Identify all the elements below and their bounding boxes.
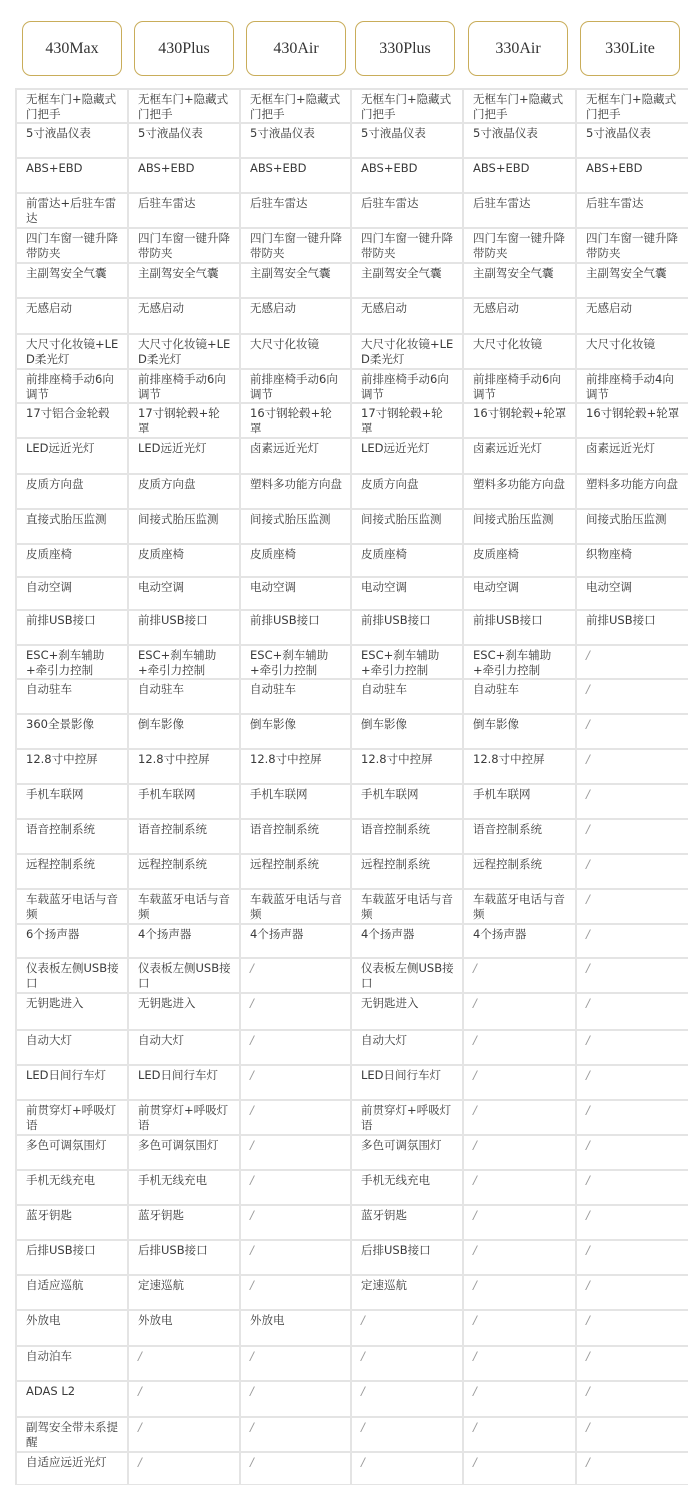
- spec-cell-430max: 自动驻车: [16, 679, 128, 714]
- table-row: 无钥匙进入无钥匙进入/无钥匙进入//: [16, 993, 688, 1030]
- spec-cell-430max: 前排座椅手动6向调节: [16, 369, 128, 403]
- spec-cell-430air: 皮质座椅: [240, 544, 351, 577]
- spec-cell-330air: 5寸液晶仪表: [463, 123, 576, 158]
- spec-cell-430max: 远程控制系统: [16, 854, 128, 889]
- table-row: 360全景影像倒车影像倒车影像倒车影像倒车影像/: [16, 714, 688, 749]
- spec-cell-430max: LED远近光灯: [16, 438, 128, 474]
- spec-cell-330air: 语音控制系统: [463, 819, 576, 854]
- table-row: 外放电外放电外放电///: [16, 1310, 688, 1346]
- spec-cell-330lite: /: [576, 1205, 688, 1240]
- spec-cell-330plus: 4个扬声器: [351, 924, 463, 958]
- spec-cell-430max: 自动泊车: [16, 1346, 128, 1381]
- spec-cell-430plus: 自动驻车: [128, 679, 240, 714]
- table-row: 大尺寸化妆镜+LED柔光灯大尺寸化妆镜+LED柔光灯大尺寸化妆镜大尺寸化妆镜+L…: [16, 334, 688, 369]
- spec-cell-430max: LED日间行车灯: [16, 1065, 128, 1100]
- spec-cell-330lite: 5寸液晶仪表: [576, 123, 688, 158]
- spec-cell-430max: 17寸铝合金轮毂: [16, 403, 128, 438]
- spec-cell-430air: /: [240, 958, 351, 993]
- spec-cell-430plus: ABS+EBD: [128, 158, 240, 193]
- spec-cell-330plus: 语音控制系统: [351, 819, 463, 854]
- spec-cell-430air: /: [240, 1170, 351, 1205]
- spec-cell-330lite: /: [576, 1170, 688, 1205]
- table-row: 皮质座椅皮质座椅皮质座椅皮质座椅皮质座椅织物座椅: [16, 544, 688, 577]
- spec-cell-430plus: 17寸钢轮毂+轮罩: [128, 403, 240, 438]
- spec-cell-430air: 前排座椅手动6向调节: [240, 369, 351, 403]
- spec-cell-330lite: /: [576, 1100, 688, 1135]
- spec-cell-330lite: /: [576, 679, 688, 714]
- table-row: 17寸铝合金轮毂17寸钢轮毂+轮罩16寸钢轮毂+轮罩17寸钢轮毂+轮罩16寸钢轮…: [16, 403, 688, 438]
- table-row: 前贯穿灯+呼吸灯语前贯穿灯+呼吸灯语/前贯穿灯+呼吸灯语//: [16, 1100, 688, 1135]
- spec-cell-430air: 卤素远近光灯: [240, 438, 351, 474]
- spec-cell-430max: 皮质座椅: [16, 544, 128, 577]
- spec-cell-330air: 塑料多功能方向盘: [463, 474, 576, 509]
- spec-cell-330air: /: [463, 1381, 576, 1417]
- spec-cell-330lite: 织物座椅: [576, 544, 688, 577]
- table-row: ADAS L2/////: [16, 1381, 688, 1417]
- spec-cell-330air: /: [463, 1205, 576, 1240]
- spec-cell-430plus: 后排USB接口: [128, 1240, 240, 1275]
- spec-cell-330air: /: [463, 993, 576, 1030]
- spec-cell-330lite: 前排座椅手动4向调节: [576, 369, 688, 403]
- spec-cell-330lite: /: [576, 749, 688, 784]
- spec-cell-330lite: /: [576, 1030, 688, 1065]
- spec-table-body: 无框车门+隐藏式门把手无框车门+隐藏式门把手无框车门+隐藏式门把手无框车门+隐藏…: [16, 89, 688, 1485]
- spec-cell-430max: 后排USB接口: [16, 1240, 128, 1275]
- spec-cell-430air: /: [240, 1417, 351, 1452]
- spec-cell-430air: /: [240, 1381, 351, 1417]
- spec-cell-330air: 无框车门+隐藏式门把手: [463, 89, 576, 123]
- spec-cell-330plus: 四门车窗一键升降带防夹: [351, 228, 463, 263]
- spec-cell-330plus: /: [351, 1452, 463, 1485]
- spec-cell-430max: 6个扬声器: [16, 924, 128, 958]
- model-button-430plus[interactable]: 430Plus: [134, 21, 234, 76]
- spec-cell-330air: /: [463, 1135, 576, 1170]
- spec-cell-430air: /: [240, 1346, 351, 1381]
- spec-cell-330plus: 前排USB接口: [351, 610, 463, 645]
- table-row: 自动驻车自动驻车自动驻车自动驻车自动驻车/: [16, 679, 688, 714]
- spec-cell-430air: ABS+EBD: [240, 158, 351, 193]
- spec-cell-430plus: 定速巡航: [128, 1275, 240, 1310]
- spec-cell-430plus: ESC+刹车辅助+牵引力控制: [128, 645, 240, 679]
- spec-cell-330air: 前排USB接口: [463, 610, 576, 645]
- spec-cell-330plus: 大尺寸化妆镜+LED柔光灯: [351, 334, 463, 369]
- spec-cell-330plus: /: [351, 1310, 463, 1346]
- spec-cell-430plus: 多色可调氛围灯: [128, 1135, 240, 1170]
- table-row: 副驾安全带未系提醒/////: [16, 1417, 688, 1452]
- spec-cell-330lite: 无感启动: [576, 298, 688, 334]
- spec-cell-330air: /: [463, 1417, 576, 1452]
- spec-cell-330plus: 倒车影像: [351, 714, 463, 749]
- table-row: 手机车联网手机车联网手机车联网手机车联网手机车联网/: [16, 784, 688, 819]
- table-row: 皮质方向盘皮质方向盘塑料多功能方向盘皮质方向盘塑料多功能方向盘塑料多功能方向盘: [16, 474, 688, 509]
- spec-cell-430air: 无框车门+隐藏式门把手: [240, 89, 351, 123]
- spec-cell-430air: /: [240, 1065, 351, 1100]
- spec-cell-430max: ESC+刹车辅助+牵引力控制: [16, 645, 128, 679]
- spec-cell-330air: /: [463, 1065, 576, 1100]
- spec-cell-330air: 间接式胎压监测: [463, 509, 576, 544]
- spec-cell-330air: /: [463, 1310, 576, 1346]
- table-row: 前雷达+后驻车雷达后驻车雷达后驻车雷达后驻车雷达后驻车雷达后驻车雷达: [16, 193, 688, 228]
- spec-cell-330lite: /: [576, 1452, 688, 1485]
- spec-cell-430air: 16寸钢轮毂+轮罩: [240, 403, 351, 438]
- spec-cell-330plus: 多色可调氛围灯: [351, 1135, 463, 1170]
- spec-cell-430air: ESC+刹车辅助+牵引力控制: [240, 645, 351, 679]
- spec-cell-330lite: /: [576, 784, 688, 819]
- spec-cell-430max: 前贯穿灯+呼吸灯语: [16, 1100, 128, 1135]
- spec-cell-430air: /: [240, 1240, 351, 1275]
- spec-cell-430plus: 手机无线充电: [128, 1170, 240, 1205]
- spec-cell-330lite: /: [576, 1065, 688, 1100]
- spec-cell-430max: 直接式胎压监测: [16, 509, 128, 544]
- spec-cell-330plus: 远程控制系统: [351, 854, 463, 889]
- spec-cell-430max: 无感启动: [16, 298, 128, 334]
- spec-cell-430plus: 自动大灯: [128, 1030, 240, 1065]
- spec-cell-330plus: /: [351, 1381, 463, 1417]
- spec-cell-330plus: 12.8寸中控屏: [351, 749, 463, 784]
- table-row: 自适应巡航定速巡航/定速巡航//: [16, 1275, 688, 1310]
- table-row: 自动大灯自动大灯/自动大灯//: [16, 1030, 688, 1065]
- spec-comparison-table: 无框车门+隐藏式门把手无框车门+隐藏式门把手无框车门+隐藏式门把手无框车门+隐藏…: [15, 88, 688, 1485]
- table-row: 前排USB接口前排USB接口前排USB接口前排USB接口前排USB接口前排USB…: [16, 610, 688, 645]
- spec-cell-430max: 自适应巡航: [16, 1275, 128, 1310]
- spec-cell-330lite: 电动空调: [576, 577, 688, 610]
- table-row: ABS+EBDABS+EBDABS+EBDABS+EBDABS+EBDABS+E…: [16, 158, 688, 193]
- spec-cell-430air: 外放电: [240, 1310, 351, 1346]
- spec-cell-430max: 自动大灯: [16, 1030, 128, 1065]
- spec-cell-330lite: /: [576, 1417, 688, 1452]
- spec-cell-330plus: 前排座椅手动6向调节: [351, 369, 463, 403]
- spec-cell-430air: 远程控制系统: [240, 854, 351, 889]
- table-row: 多色可调氛围灯多色可调氛围灯/多色可调氛围灯//: [16, 1135, 688, 1170]
- spec-cell-330air: 12.8寸中控屏: [463, 749, 576, 784]
- spec-cell-330plus: 自动大灯: [351, 1030, 463, 1065]
- spec-cell-430plus: 四门车窗一键升降带防夹: [128, 228, 240, 263]
- spec-cell-430max: 手机无线充电: [16, 1170, 128, 1205]
- spec-cell-330plus: LED日间行车灯: [351, 1065, 463, 1100]
- spec-cell-430plus: 主副驾安全气囊: [128, 263, 240, 298]
- spec-cell-330plus: 定速巡航: [351, 1275, 463, 1310]
- table-row: 蓝牙钥匙蓝牙钥匙/蓝牙钥匙//: [16, 1205, 688, 1240]
- spec-cell-430max: 主副驾安全气囊: [16, 263, 128, 298]
- spec-cell-330plus: 手机无线充电: [351, 1170, 463, 1205]
- spec-cell-430plus: /: [128, 1381, 240, 1417]
- model-button-430max[interactable]: 430Max: [22, 21, 122, 76]
- spec-cell-330air: 电动空调: [463, 577, 576, 610]
- spec-cell-430plus: /: [128, 1346, 240, 1381]
- spec-cell-330lite: /: [576, 993, 688, 1030]
- spec-cell-330plus: 无钥匙进入: [351, 993, 463, 1030]
- spec-cell-430plus: 语音控制系统: [128, 819, 240, 854]
- spec-cell-330plus: 手机车联网: [351, 784, 463, 819]
- spec-cell-430air: 4个扬声器: [240, 924, 351, 958]
- spec-cell-430plus: 外放电: [128, 1310, 240, 1346]
- spec-cell-330air: 四门车窗一键升降带防夹: [463, 228, 576, 263]
- spec-cell-330plus: ESC+刹车辅助+牵引力控制: [351, 645, 463, 679]
- spec-cell-330plus: 5寸液晶仪表: [351, 123, 463, 158]
- spec-cell-330air: /: [463, 1170, 576, 1205]
- spec-cell-330lite: 塑料多功能方向盘: [576, 474, 688, 509]
- spec-cell-430max: 皮质方向盘: [16, 474, 128, 509]
- spec-cell-330lite: 无框车门+隐藏式门把手: [576, 89, 688, 123]
- spec-cell-330plus: /: [351, 1346, 463, 1381]
- spec-cell-330lite: /: [576, 714, 688, 749]
- spec-cell-430plus: 前排USB接口: [128, 610, 240, 645]
- spec-cell-430plus: 倒车影像: [128, 714, 240, 749]
- spec-cell-330lite: 16寸钢轮毂+轮罩: [576, 403, 688, 438]
- spec-cell-430air: 间接式胎压监测: [240, 509, 351, 544]
- spec-cell-430plus: LED远近光灯: [128, 438, 240, 474]
- spec-cell-330lite: ABS+EBD: [576, 158, 688, 193]
- spec-cell-430max: ADAS L2: [16, 1381, 128, 1417]
- table-row: LED日间行车灯LED日间行车灯/LED日间行车灯//: [16, 1065, 688, 1100]
- spec-cell-330plus: 间接式胎压监测: [351, 509, 463, 544]
- table-row: 远程控制系统远程控制系统远程控制系统远程控制系统远程控制系统/: [16, 854, 688, 889]
- spec-cell-330air: 前排座椅手动6向调节: [463, 369, 576, 403]
- spec-cell-430plus: 4个扬声器: [128, 924, 240, 958]
- spec-cell-430plus: 蓝牙钥匙: [128, 1205, 240, 1240]
- spec-cell-430max: 12.8寸中控屏: [16, 749, 128, 784]
- table-row: 5寸液晶仪表5寸液晶仪表5寸液晶仪表5寸液晶仪表5寸液晶仪表5寸液晶仪表: [16, 123, 688, 158]
- spec-cell-430air: 5寸液晶仪表: [240, 123, 351, 158]
- model-button-330plus[interactable]: 330Plus: [355, 21, 455, 76]
- table-row: 语音控制系统语音控制系统语音控制系统语音控制系统语音控制系统/: [16, 819, 688, 854]
- spec-cell-430max: ABS+EBD: [16, 158, 128, 193]
- spec-cell-430max: 大尺寸化妆镜+LED柔光灯: [16, 334, 128, 369]
- model-header: 430Max 430Plus 430Air 330Plus 330Air 330…: [0, 0, 700, 88]
- spec-cell-330air: 皮质座椅: [463, 544, 576, 577]
- spec-cell-330plus: 无感启动: [351, 298, 463, 334]
- spec-cell-330air: /: [463, 958, 576, 993]
- spec-cell-430air: 四门车窗一键升降带防夹: [240, 228, 351, 263]
- spec-cell-430max: 自适应远近光灯: [16, 1452, 128, 1485]
- spec-cell-430air: 自动驻车: [240, 679, 351, 714]
- spec-cell-430air: /: [240, 1275, 351, 1310]
- spec-cell-430air: 12.8寸中控屏: [240, 749, 351, 784]
- spec-cell-330lite: /: [576, 1381, 688, 1417]
- spec-cell-330lite: 大尺寸化妆镜: [576, 334, 688, 369]
- spec-cell-330lite: /: [576, 958, 688, 993]
- table-row: 无框车门+隐藏式门把手无框车门+隐藏式门把手无框车门+隐藏式门把手无框车门+隐藏…: [16, 89, 688, 123]
- spec-cell-330air: 车载蓝牙电话与音频: [463, 889, 576, 924]
- table-row: 自适应远近光灯/////: [16, 1452, 688, 1485]
- spec-cell-330lite: 间接式胎压监测: [576, 509, 688, 544]
- spec-cell-430plus: /: [128, 1417, 240, 1452]
- spec-cell-430plus: 车载蓝牙电话与音频: [128, 889, 240, 924]
- spec-cell-430plus: 大尺寸化妆镜+LED柔光灯: [128, 334, 240, 369]
- spec-cell-330air: /: [463, 1452, 576, 1485]
- spec-cell-430air: 大尺寸化妆镜: [240, 334, 351, 369]
- table-row: 主副驾安全气囊主副驾安全气囊主副驾安全气囊主副驾安全气囊主副驾安全气囊主副驾安全…: [16, 263, 688, 298]
- spec-cell-430plus: 皮质方向盘: [128, 474, 240, 509]
- spec-cell-330plus: 皮质方向盘: [351, 474, 463, 509]
- spec-cell-330air: 4个扬声器: [463, 924, 576, 958]
- spec-cell-430air: 车载蓝牙电话与音频: [240, 889, 351, 924]
- table-row: ESC+刹车辅助+牵引力控制ESC+刹车辅助+牵引力控制ESC+刹车辅助+牵引力…: [16, 645, 688, 679]
- spec-cell-330air: 后驻车雷达: [463, 193, 576, 228]
- spec-cell-430max: 外放电: [16, 1310, 128, 1346]
- spec-cell-430air: 后驻车雷达: [240, 193, 351, 228]
- spec-cell-430max: 自动空调: [16, 577, 128, 610]
- spec-cell-330lite: 前排USB接口: [576, 610, 688, 645]
- spec-cell-330plus: 无框车门+隐藏式门把手: [351, 89, 463, 123]
- spec-cell-430air: 无感启动: [240, 298, 351, 334]
- spec-cell-330air: 无感启动: [463, 298, 576, 334]
- spec-cell-430plus: 前排座椅手动6向调节: [128, 369, 240, 403]
- spec-cell-430air: 倒车影像: [240, 714, 351, 749]
- table-row: 手机无线充电手机无线充电/手机无线充电//: [16, 1170, 688, 1205]
- spec-cell-330plus: 主副驾安全气囊: [351, 263, 463, 298]
- spec-cell-330lite: /: [576, 645, 688, 679]
- table-row: 直接式胎压监测间接式胎压监测间接式胎压监测间接式胎压监测间接式胎压监测间接式胎压…: [16, 509, 688, 544]
- spec-cell-430max: 前雷达+后驻车雷达: [16, 193, 128, 228]
- spec-cell-330plus: /: [351, 1417, 463, 1452]
- spec-cell-330lite: 主副驾安全气囊: [576, 263, 688, 298]
- spec-cell-330air: /: [463, 1275, 576, 1310]
- spec-cell-430plus: 5寸液晶仪表: [128, 123, 240, 158]
- spec-cell-330air: ABS+EBD: [463, 158, 576, 193]
- spec-cell-430plus: 手机车联网: [128, 784, 240, 819]
- spec-cell-330air: /: [463, 1346, 576, 1381]
- spec-cell-430max: 无框车门+隐藏式门把手: [16, 89, 128, 123]
- spec-cell-430max: 蓝牙钥匙: [16, 1205, 128, 1240]
- spec-cell-330air: 自动驻车: [463, 679, 576, 714]
- spec-cell-330lite: 四门车窗一键升降带防夹: [576, 228, 688, 263]
- spec-cell-430plus: 间接式胎压监测: [128, 509, 240, 544]
- spec-cell-430air: /: [240, 993, 351, 1030]
- table-row: 车载蓝牙电话与音频车载蓝牙电话与音频车载蓝牙电话与音频车载蓝牙电话与音频车载蓝牙…: [16, 889, 688, 924]
- spec-cell-430max: 多色可调氛围灯: [16, 1135, 128, 1170]
- spec-cell-430plus: 12.8寸中控屏: [128, 749, 240, 784]
- spec-cell-330plus: 仪表板左侧USB接口: [351, 958, 463, 993]
- spec-cell-430plus: 电动空调: [128, 577, 240, 610]
- spec-cell-330air: 手机车联网: [463, 784, 576, 819]
- spec-cell-330lite: 后驻车雷达: [576, 193, 688, 228]
- spec-cell-430air: /: [240, 1135, 351, 1170]
- table-row: 6个扬声器4个扬声器4个扬声器4个扬声器4个扬声器/: [16, 924, 688, 958]
- spec-cell-330air: 远程控制系统: [463, 854, 576, 889]
- spec-cell-330air: 16寸钢轮毂+轮罩: [463, 403, 576, 438]
- spec-cell-330plus: 17寸钢轮毂+轮罩: [351, 403, 463, 438]
- spec-cell-330plus: 车载蓝牙电话与音频: [351, 889, 463, 924]
- table-row: 仪表板左侧USB接口仪表板左侧USB接口/仪表板左侧USB接口//: [16, 958, 688, 993]
- spec-cell-430air: /: [240, 1100, 351, 1135]
- spec-cell-330plus: 自动驻车: [351, 679, 463, 714]
- spec-cell-330lite: 卤素远近光灯: [576, 438, 688, 474]
- table-row: 后排USB接口后排USB接口/后排USB接口//: [16, 1240, 688, 1275]
- spec-cell-330plus: 皮质座椅: [351, 544, 463, 577]
- spec-cell-430air: 前排USB接口: [240, 610, 351, 645]
- spec-cell-330lite: /: [576, 1275, 688, 1310]
- spec-cell-430air: 语音控制系统: [240, 819, 351, 854]
- spec-cell-430plus: /: [128, 1452, 240, 1485]
- spec-cell-430max: 车载蓝牙电话与音频: [16, 889, 128, 924]
- spec-cell-430max: 副驾安全带未系提醒: [16, 1417, 128, 1452]
- spec-cell-430air: /: [240, 1452, 351, 1485]
- spec-cell-330lite: /: [576, 924, 688, 958]
- spec-cell-330air: 卤素远近光灯: [463, 438, 576, 474]
- spec-cell-430plus: 无框车门+隐藏式门把手: [128, 89, 240, 123]
- spec-cell-430max: 语音控制系统: [16, 819, 128, 854]
- table-row: 12.8寸中控屏12.8寸中控屏12.8寸中控屏12.8寸中控屏12.8寸中控屏…: [16, 749, 688, 784]
- spec-cell-330air: 大尺寸化妆镜: [463, 334, 576, 369]
- spec-cell-430plus: 前贯穿灯+呼吸灯语: [128, 1100, 240, 1135]
- spec-cell-430plus: 无钥匙进入: [128, 993, 240, 1030]
- table-row: 四门车窗一键升降带防夹四门车窗一键升降带防夹四门车窗一键升降带防夹四门车窗一键升…: [16, 228, 688, 263]
- spec-cell-430air: 手机车联网: [240, 784, 351, 819]
- spec-cell-430plus: LED日间行车灯: [128, 1065, 240, 1100]
- model-button-430air[interactable]: 430Air: [246, 21, 346, 76]
- spec-cell-330lite: /: [576, 854, 688, 889]
- spec-cell-430max: 无钥匙进入: [16, 993, 128, 1030]
- spec-cell-330lite: /: [576, 1240, 688, 1275]
- spec-cell-330plus: LED远近光灯: [351, 438, 463, 474]
- spec-cell-330air: /: [463, 1100, 576, 1135]
- spec-cell-330air: 主副驾安全气囊: [463, 263, 576, 298]
- spec-cell-430max: 360全景影像: [16, 714, 128, 749]
- model-button-330lite[interactable]: 330Lite: [580, 21, 680, 76]
- spec-cell-330air: 倒车影像: [463, 714, 576, 749]
- spec-cell-330plus: 后排USB接口: [351, 1240, 463, 1275]
- spec-cell-330plus: ABS+EBD: [351, 158, 463, 193]
- table-row: LED远近光灯LED远近光灯卤素远近光灯LED远近光灯卤素远近光灯卤素远近光灯: [16, 438, 688, 474]
- spec-cell-430max: 手机车联网: [16, 784, 128, 819]
- spec-cell-430plus: 无感启动: [128, 298, 240, 334]
- spec-cell-330lite: /: [576, 1346, 688, 1381]
- spec-cell-330lite: /: [576, 1135, 688, 1170]
- spec-cell-430max: 四门车窗一键升降带防夹: [16, 228, 128, 263]
- spec-cell-330lite: /: [576, 889, 688, 924]
- model-button-330air[interactable]: 330Air: [468, 21, 568, 76]
- spec-cell-330plus: 前贯穿灯+呼吸灯语: [351, 1100, 463, 1135]
- spec-cell-430air: 电动空调: [240, 577, 351, 610]
- spec-cell-330lite: /: [576, 819, 688, 854]
- spec-cell-330plus: 电动空调: [351, 577, 463, 610]
- spec-cell-430air: /: [240, 1030, 351, 1065]
- spec-cell-430max: 5寸液晶仪表: [16, 123, 128, 158]
- spec-cell-330air: /: [463, 1030, 576, 1065]
- spec-cell-430max: 仪表板左侧USB接口: [16, 958, 128, 993]
- spec-cell-430max: 前排USB接口: [16, 610, 128, 645]
- spec-cell-330lite: /: [576, 1310, 688, 1346]
- table-row: 无感启动无感启动无感启动无感启动无感启动无感启动: [16, 298, 688, 334]
- spec-cell-430plus: 后驻车雷达: [128, 193, 240, 228]
- spec-cell-430plus: 远程控制系统: [128, 854, 240, 889]
- table-row: 自动空调电动空调电动空调电动空调电动空调电动空调: [16, 577, 688, 610]
- table-row: 自动泊车/////: [16, 1346, 688, 1381]
- spec-cell-330plus: 后驻车雷达: [351, 193, 463, 228]
- spec-cell-430air: 主副驾安全气囊: [240, 263, 351, 298]
- spec-cell-430plus: 皮质座椅: [128, 544, 240, 577]
- table-row: 前排座椅手动6向调节前排座椅手动6向调节前排座椅手动6向调节前排座椅手动6向调节…: [16, 369, 688, 403]
- spec-cell-430air: 塑料多功能方向盘: [240, 474, 351, 509]
- spec-cell-330plus: 蓝牙钥匙: [351, 1205, 463, 1240]
- spec-cell-330air: /: [463, 1240, 576, 1275]
- spec-cell-430plus: 仪表板左侧USB接口: [128, 958, 240, 993]
- spec-cell-330air: ESC+刹车辅助+牵引力控制: [463, 645, 576, 679]
- spec-cell-430air: /: [240, 1205, 351, 1240]
